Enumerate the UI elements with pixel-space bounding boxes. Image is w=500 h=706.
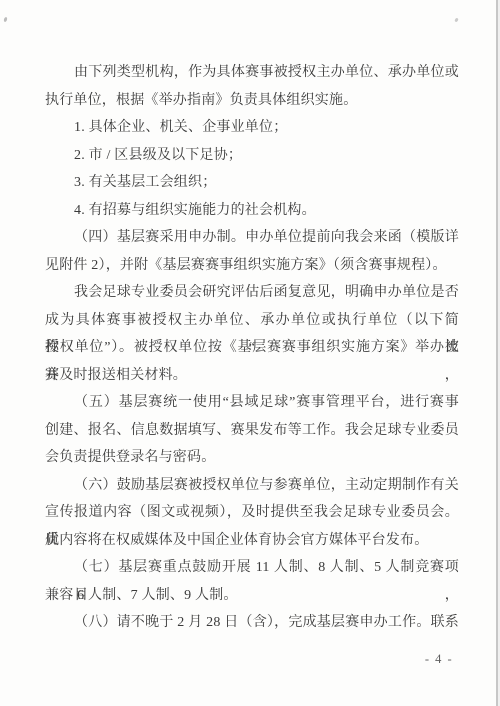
text-line: 成为具体赛事被授权主办单位、承办单位或执行单位（以下简称“被 xyxy=(45,307,459,335)
text-line: 我会足球专业委员会研究评估后函复意见，明确申办单位是否 xyxy=(45,279,459,307)
text-line: 宣传报道内容（图文或视频），及时提供至我会足球专业委员会。优 xyxy=(45,499,459,527)
scan-speck xyxy=(454,18,459,23)
text-line: 2. 市 / 区县级及以下足协； xyxy=(45,142,459,170)
scanned-document-page: 由下列类型机构，作为具体赛事被授权主办单位、承办单位或执行单位，根据《举办指南》… xyxy=(0,0,500,706)
page-number: - 4 - xyxy=(416,652,462,667)
text-line: 质内容将在权威媒体及中国企业体育协会官方媒体平台发布。 xyxy=(45,527,459,555)
text-line: 授权单位”）。被授权单位按《基层赛赛事组织实施方案》举办比赛， xyxy=(45,334,459,362)
scan-speck xyxy=(3,17,7,23)
text-line: （四）基层赛采用申办制。申办单位提前向我会来函（模版详 xyxy=(45,224,459,252)
text-line: 1. 具体企业、机关、企事业单位； xyxy=(45,114,459,142)
text-line: 3. 有关基层工会组织； xyxy=(45,169,459,197)
text-line: 由下列类型机构，作为具体赛事被授权主办单位、承办单位或 xyxy=(45,59,459,87)
text-line: （六）鼓励基层赛被授权单位与参赛单位，主动定期制作有关 xyxy=(45,472,459,500)
text-line: 执行单位，根据《举办指南》负责具体组织实施。 xyxy=(45,87,459,115)
text-line: 4. 有招募与组织实施能力的社会机构。 xyxy=(45,197,459,225)
text-line: （五）基层赛统一使用“县域足球”赛事管理平台，进行赛事 xyxy=(45,389,459,417)
document-body: 由下列类型机构，作为具体赛事被授权主办单位、承办单位或执行单位，根据《举办指南》… xyxy=(45,59,459,637)
text-line: 创建、报名、信息数据填写、赛果发布等工作。我会足球专业委员 xyxy=(45,417,459,445)
text-line: （八）请不晚于 2 月 28 日（含），完成基层赛申办工作。联系 xyxy=(45,609,459,637)
text-line: 见附件 2），并附《基层赛赛事组织实施方案》（须含赛事规程）。 xyxy=(45,252,459,280)
text-line: （七）基层赛重点鼓励开展 11 人制、8 人制、5 人制竞赛项目， xyxy=(45,554,459,582)
text-line: 会负责提供登录名与密码。 xyxy=(45,444,459,472)
